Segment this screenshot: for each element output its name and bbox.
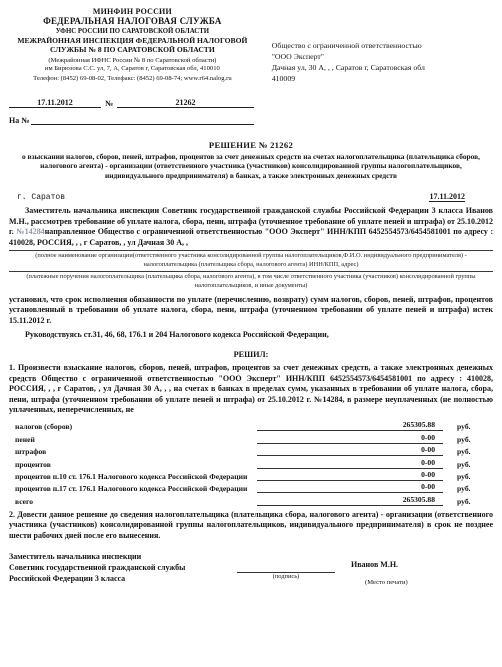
agency-line-inspection: МЕЖРАЙОННАЯ ИНСПЕКЦИЯ ФЕДЕРАЛЬНОЙ НАЛОГО… bbox=[15, 37, 250, 55]
letterhead: МИНФИН РОССИИ ФЕДЕРАЛЬНАЯ НАЛОГОВАЯ СЛУЖ… bbox=[9, 7, 493, 85]
amount-row-total: всего 265305.88 руб. bbox=[9, 493, 493, 505]
amount-label: процентов п.17 ст. 176.1 Налогового коде… bbox=[9, 484, 257, 493]
amount-unit: руб. bbox=[443, 460, 493, 469]
amount-label: налогов (сборов) bbox=[9, 422, 257, 431]
amount-unit: руб. bbox=[443, 422, 493, 431]
signature-line bbox=[237, 563, 335, 573]
document-subtitle: о взыскании налогов, сборов, пеней, штра… bbox=[13, 152, 489, 181]
amount-row-penalties: пеней 0-00 руб. bbox=[9, 431, 493, 443]
stamp-place-caption: (Место печати) bbox=[351, 579, 408, 586]
resolved-heading: РЕШИЛ: bbox=[9, 350, 493, 359]
reply-to-blank-line bbox=[31, 115, 254, 125]
signature-field: (подпись) bbox=[237, 563, 335, 586]
amount-value: 0-00 bbox=[257, 445, 443, 456]
decision-date: 17.11.2012 bbox=[429, 192, 465, 202]
signer-position: Заместитель начальника инспекции Советни… bbox=[9, 551, 237, 586]
number-sign: № bbox=[101, 99, 117, 108]
recipient-block: Общество с ограниченной ответственностью… bbox=[256, 7, 493, 85]
document-title-block: РЕШЕНИЕ № 21262 о взыскании налогов, сбо… bbox=[9, 140, 493, 181]
legal-basis-paragraph: Руководствуясь ст.31, 46, 68, 176.1 и 20… bbox=[9, 330, 493, 341]
agency-line-phone: Телефон: (8452) 69-08-02, Телефакс: (845… bbox=[9, 75, 256, 83]
amount-unit: руб. bbox=[443, 484, 493, 493]
org-name-caption: (полное наименование организации(ответст… bbox=[9, 251, 493, 269]
amount-row-interest-p17: процентов п.17 ст. 176.1 Налогового коде… bbox=[9, 481, 493, 493]
amount-value: 265305.88 bbox=[257, 420, 443, 431]
amount-row-taxes: налогов (сборов) 265305.88 руб. bbox=[9, 419, 493, 431]
recipient-org-name: "ООО Эксперт" bbox=[272, 52, 493, 63]
agency-line-short-name: (Межрайонная ИФНС России № 8 по Саратовс… bbox=[9, 57, 256, 65]
amount-value: 0-00 bbox=[257, 470, 443, 481]
city-label: г. Саратов bbox=[9, 193, 65, 202]
recipient-org-type: Общество с ограниченной ответственностью bbox=[272, 41, 493, 52]
document-title: РЕШЕНИЕ № 21262 bbox=[9, 140, 493, 150]
amount-unit: руб. bbox=[443, 472, 493, 481]
signer-name: Иванов М.Н. bbox=[351, 560, 408, 569]
outgoing-date: 17.11.2012 bbox=[9, 98, 101, 108]
preamble-paragraph: Заместитель начальника инспекции Советни… bbox=[9, 206, 493, 248]
amount-row-interest-p10: процентов п.10 ст. 176.1 Налогового коде… bbox=[9, 469, 493, 481]
signature-block: Заместитель начальника инспекции Советни… bbox=[9, 551, 493, 586]
reply-to-label: На № bbox=[9, 116, 31, 125]
reference-block: 17.11.2012 № 21262 На № bbox=[9, 98, 254, 125]
established-paragraph: установил, что срок исполнения обязаннос… bbox=[9, 295, 493, 327]
amount-label: процентов bbox=[9, 460, 257, 469]
amount-label: штрафов bbox=[9, 447, 257, 456]
amount-unit: руб. bbox=[443, 435, 493, 444]
resolution-item-2: 2. Довести данное решение до сведения на… bbox=[9, 510, 493, 542]
requirement-number: №14284 bbox=[16, 227, 45, 236]
preamble-text-2: направленное Общество с ограниченной отв… bbox=[9, 227, 493, 247]
amount-row-interest: процентов 0-00 руб. bbox=[9, 456, 493, 468]
amount-unit: руб. bbox=[443, 447, 493, 456]
amount-value: 0-00 bbox=[257, 433, 443, 444]
amounts-table: налогов (сборов) 265305.88 руб. пеней 0-… bbox=[9, 419, 493, 506]
outgoing-ref-line: 17.11.2012 № 21262 bbox=[9, 98, 254, 108]
amount-label: пеней bbox=[9, 435, 257, 444]
payment-orders-caption: (платежные поручения налогоплательщика (… bbox=[9, 272, 493, 290]
amount-value: 0-00 bbox=[257, 458, 443, 469]
reply-to-line: На № bbox=[9, 115, 254, 125]
amount-label: всего bbox=[9, 497, 257, 506]
amount-row-fines: штрафов 0-00 руб. bbox=[9, 444, 493, 456]
agency-line-ufns: УФНС РОССИИ ПО САРАТОВСКОЙ ОБЛАСТИ bbox=[9, 28, 256, 36]
agency-line-minfin: МИНФИН РОССИИ bbox=[9, 7, 256, 16]
resolution-item-1: 1. Произвести взыскание налогов, сборов,… bbox=[9, 363, 493, 416]
city-date-row: г. Саратов 17.11.2012 bbox=[9, 192, 493, 202]
amount-value: 265305.88 bbox=[257, 495, 443, 506]
signer-name-block: Иванов М.Н. (Место печати) bbox=[335, 551, 408, 586]
signer-position-line: Российской Федерации 3 класса bbox=[9, 573, 237, 584]
amount-value: 0-00 bbox=[257, 482, 443, 493]
decision-document: МИНФИН РОССИИ ФЕДЕРАЛЬНАЯ НАЛОГОВАЯ СЛУЖ… bbox=[0, 0, 502, 667]
amount-label: процентов п.10 ст. 176.1 Налогового коде… bbox=[9, 472, 257, 481]
signer-position-line: Советник государственной гражданской слу… bbox=[9, 562, 237, 573]
signature-caption: (подпись) bbox=[237, 573, 335, 580]
agency-line-fns: ФЕДЕРАЛЬНАЯ НАЛОГОВАЯ СЛУЖБА bbox=[9, 16, 256, 27]
recipient-postcode: 410009 bbox=[272, 74, 493, 85]
issuing-agency-block: МИНФИН РОССИИ ФЕДЕРАЛЬНАЯ НАЛОГОВАЯ СЛУЖ… bbox=[9, 7, 256, 85]
recipient-address: Дачная ул, 30 А, , , Саратов г, Саратовс… bbox=[272, 63, 493, 74]
amount-unit: руб. bbox=[443, 497, 493, 506]
outgoing-number: 21262 bbox=[117, 98, 254, 108]
signer-position-line: Заместитель начальника инспекции bbox=[9, 551, 237, 562]
agency-line-address: им Бирюзова С.С. ул, 7, А, Саратов г, Са… bbox=[23, 65, 242, 73]
